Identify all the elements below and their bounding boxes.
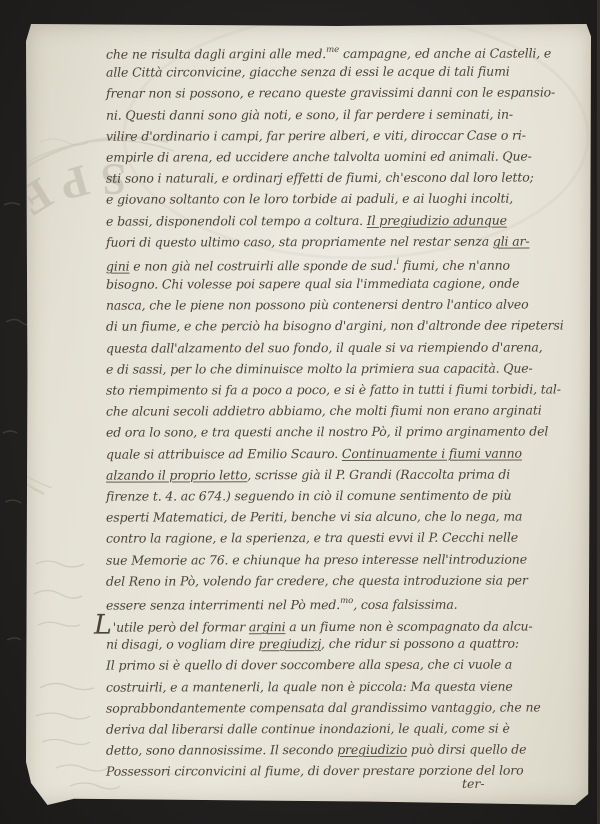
manuscript-line: del Reno in Pò, volendo far credere, che… [106, 569, 588, 591]
manuscript-line: L'utile però del formar argini a un fium… [94, 611, 588, 633]
manuscript-line: ni. Questi danni sono già noti, e sono, … [106, 103, 588, 125]
text-segment: vilire d'ordinario i campi, far perire a… [106, 127, 526, 143]
catchword: ter- [462, 776, 485, 791]
superscript-text: mo [340, 596, 353, 606]
text-segment: sti sono i naturali, e ordinarj effetti … [106, 170, 534, 186]
text-segment: , cosa falsissima. [353, 597, 457, 612]
manuscript-line: ed ora lo sono, e tra questi anche il no… [106, 421, 588, 443]
manuscript-line: sue Memorie ac 76. e chiunque ha preso i… [106, 548, 588, 570]
text-segment: e non già nel costruirli alle sponde de … [129, 258, 396, 274]
text-segment: campagne, ed anche ai Castelli, e [339, 45, 551, 61]
text-segment: ni. Questi danni sono già noti, e sono, … [106, 106, 513, 122]
manuscript-line: costruirli, e a mantenerli, la quale non… [106, 675, 588, 697]
manuscript-line: gini e non già nel costruirli alle spond… [106, 251, 588, 273]
manuscript-line: e bassi, disponendoli col tempo a coltur… [106, 209, 588, 231]
text-segment: costruirli, e a mantenerli, la quale non… [106, 678, 513, 694]
text-segment: che ne risulta dagli argini alle med. [106, 46, 326, 62]
text-segment: e di sassi, per lo che diminuisce molto … [106, 360, 533, 376]
text-segment: questa dall'alzamento del suo fondo, il … [106, 339, 543, 355]
scanned-manuscript-viewer: { "page": { "border_color": "#232120", "… [0, 0, 600, 824]
manuscript-line: empirle di arena, ed uccidere anche talv… [106, 145, 588, 167]
text-segment: sue Memorie ac 76. e chiunque ha preso i… [106, 551, 527, 567]
underlined-text: pregiudizj [259, 636, 321, 651]
text-segment: bisogno. Chi volesse poi sapere qual sia… [106, 276, 519, 292]
text-segment: ed ora lo sono, e tra questi anche il no… [106, 424, 548, 440]
text-segment: e giovano soltanto con le loro torbide a… [106, 191, 513, 207]
text-segment: fiumi, che n'anno [399, 257, 510, 272]
text-segment: essere senza interrimenti nel Pò med. [106, 597, 340, 613]
gutter-ghost-marks [0, 0, 30, 824]
manuscript-line: che ne risulta dagli argini alle med.me … [106, 39, 588, 61]
text-segment: , scrisse già il P. Grandi (Raccolta pri… [247, 466, 510, 482]
manuscript-line: quale si attribuisce ad Emilio Scauro. C… [106, 442, 588, 464]
text-segment: Il primo si è quello di dover soccombere… [106, 657, 512, 673]
underlined-text: argini [249, 619, 286, 634]
text-segment: esperti Matematici, de Periti, benche vi… [106, 509, 522, 525]
manuscript-text: che ne risulta dagli argini alle med.me … [106, 40, 588, 782]
text-segment: alle Città circonvicine, giacche senza d… [106, 64, 510, 80]
manuscript-line: detto, sono dannosissime. Il secondo pre… [106, 739, 588, 761]
text-segment: quale si attribuisce ad Emilio Scauro. [106, 446, 342, 462]
text-segment: soprabbondantemente compensata dal grand… [106, 699, 541, 715]
manuscript-line: di un fiume, e che perciò ha bisogno d'a… [106, 315, 588, 337]
underlined-text: Il pregiudizio adunque [367, 212, 507, 227]
manuscript-line: bisogno. Chi volesse poi sapere qual sia… [106, 272, 588, 294]
text-segment: che alcuni secoli addietro abbiamo, che … [106, 403, 542, 419]
manuscript-line: e di sassi, per lo che diminuisce molto … [106, 357, 588, 379]
text-segment: nasca, che le piene non possono più cont… [106, 297, 528, 313]
manuscript-line: Possessori circonvicini al fiume, di dov… [106, 760, 588, 782]
text-segment: detto, sono dannosissime. Il secondo [106, 742, 337, 758]
text-segment: ni disagi, o vogliam dire [106, 636, 259, 651]
text-segment: contro la ragione, e la sperienza, e tra… [106, 530, 518, 546]
manuscript-line: sti sono i naturali, e ordinarj effetti … [106, 166, 588, 188]
text-segment: può dirsi quello de [407, 742, 526, 757]
underlined-text: gli ar- [493, 233, 530, 248]
manuscript-line: essere senza interrimenti nel Pò med.mo,… [106, 590, 588, 612]
underlined-text: pregiudizio [337, 742, 407, 757]
text-segment: empirle di arena, ed uccidere anche talv… [106, 148, 532, 164]
text-segment: del Reno in Pò, volendo far credere, che… [106, 572, 528, 588]
underlined-text: alzando il proprio letto [106, 467, 247, 482]
manuscript-line: sto riempimento si fa a poco a poco, e s… [106, 378, 588, 400]
manuscript-line: fuori di questo ultimo caso, sta propria… [106, 230, 588, 252]
manuscript-line: nasca, che le piene non possono più cont… [106, 294, 588, 316]
text-segment: sto riempimento si fa a poco a poco, e s… [106, 381, 561, 397]
manuscript-line: frenar non si possono, e recano queste g… [106, 82, 588, 104]
text-segment: e bassi, disponendoli col tempo a coltur… [106, 212, 367, 228]
decorated-initial: L [94, 615, 112, 636]
manuscript-line: e giovano soltanto con le loro torbide a… [106, 188, 588, 210]
text-segment: di un fiume, e che perciò ha bisogno d'a… [106, 318, 564, 334]
text-segment: firenze t. 4. ac 674.) seguendo in ciò i… [106, 488, 511, 504]
manuscript-line: alle Città circonvicine, giacche senza d… [106, 61, 588, 83]
text-segment: fuori di questo ultimo caso, sta propria… [106, 233, 493, 249]
manuscript-line: firenze t. 4. ac 674.) seguendo in ciò i… [106, 484, 588, 506]
manuscript-line: Il primo si è quello di dover soccombere… [106, 654, 588, 676]
underlined-text: Continuamente i fiumi vanno [342, 445, 522, 460]
text-segment: , che ridur si possono a quattro: [321, 636, 519, 652]
superscript-text: me [326, 45, 339, 55]
text-segment: deriva dal liberarsi dalle continue inon… [106, 721, 510, 737]
manuscript-line: vilire d'ordinario i campi, far perire a… [106, 124, 588, 146]
underlined-text: gini [106, 258, 129, 273]
manuscript-line: alzando il proprio letto, scrisse già il… [106, 463, 588, 485]
manuscript-line: deriva dal liberarsi dalle continue inon… [106, 717, 588, 739]
manuscript-line: soprabbondantemente compensata dal grand… [106, 696, 588, 718]
text-segment: frenar non si possono, e recano queste g… [106, 85, 555, 101]
text-segment: Possessori circonvicini al fiume, di dov… [106, 763, 524, 779]
manuscript-line: contro la ragione, e la sperienza, e tra… [106, 527, 588, 549]
manuscript-line: esperti Matematici, de Periti, benche vi… [106, 505, 588, 527]
manuscript-line: che alcuni secoli addietro abbiamo, che … [106, 400, 588, 422]
manuscript-line: ni disagi, o vogliam dire pregiudizj, ch… [106, 633, 588, 655]
manuscript-line: questa dall'alzamento del suo fondo, il … [106, 336, 588, 358]
manuscript-page: SPERI che ne risulta dagli argini alle m… [26, 24, 591, 805]
